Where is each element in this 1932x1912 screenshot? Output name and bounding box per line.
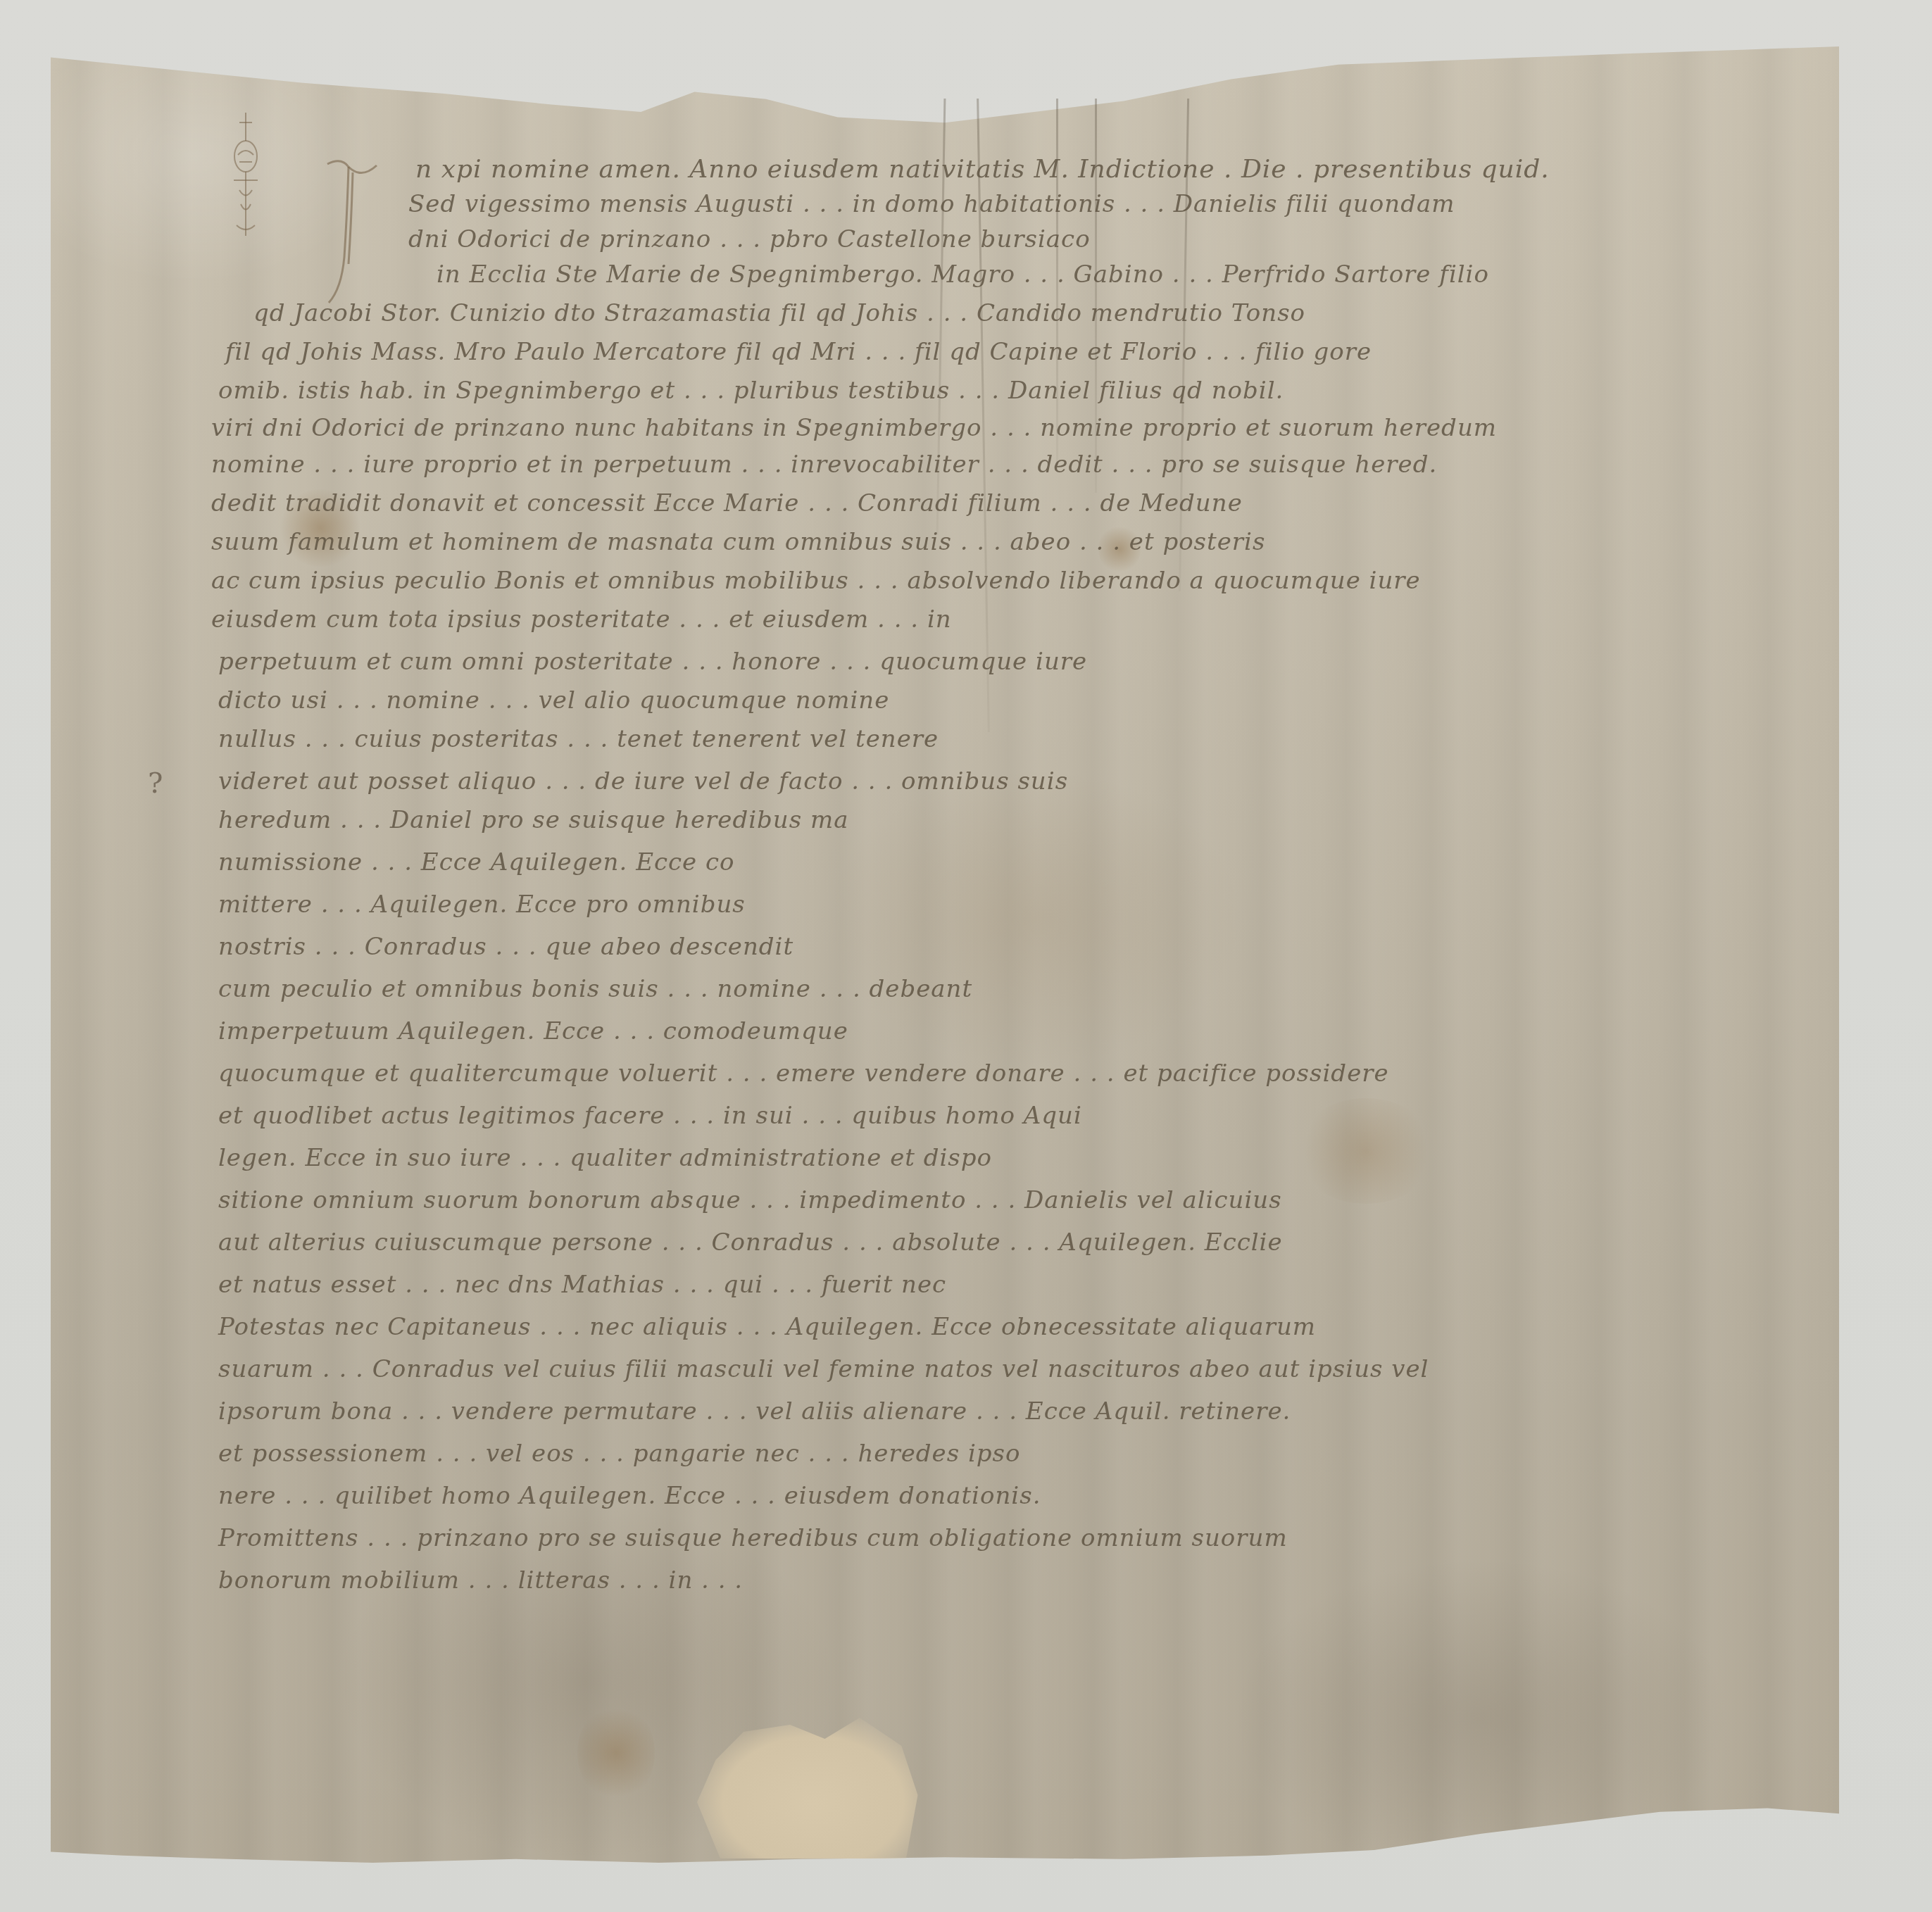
stain: [1296, 1098, 1436, 1204]
text-line: perpetuum et cum omni posteritate . . . …: [218, 648, 1087, 676]
text-line: heredum . . . Daniel pro se suisque here…: [218, 806, 848, 834]
text-line: nomine . . . iure proprio et in perpetuu…: [211, 451, 1437, 479]
text-line: et natus esset . . . nec dns Mathias . .…: [218, 1271, 946, 1299]
text-line: Potestas nec Capitaneus . . . nec aliqui…: [218, 1313, 1316, 1341]
text-line: legen. Ecce in suo iure . . . qualiter a…: [218, 1144, 992, 1172]
text-line: dicto usi . . . nomine . . . vel alio qu…: [218, 686, 889, 715]
text-line: nere . . . quilibet homo Aquilegen. Ecce…: [218, 1482, 1041, 1510]
text-line: mittere . . . Aquilegen. Ecce pro omnibu…: [218, 891, 746, 919]
stain: [577, 1704, 655, 1802]
text-line: n xpi nomine amen. Anno eiusdem nativita…: [415, 155, 1550, 184]
text-line: Sed vigessimo mensis Augusti . . . in do…: [408, 190, 1455, 218]
margin-mark: ?: [148, 767, 163, 800]
text-line: omib. istis hab. in Spegnimbergo et . . …: [218, 377, 1284, 405]
text-line: suarum . . . Conradus vel cuius filii ma…: [218, 1355, 1429, 1383]
notarial-signum-icon: [224, 113, 268, 239]
text-line: videret aut posset aliquo . . . de iure …: [218, 767, 1068, 795]
text-line: cum peculio et omnibus bonis suis . . . …: [218, 975, 972, 1003]
text-line: viri dni Odorici de prinzano nunc habita…: [211, 414, 1497, 442]
text-line: et quodlibet actus legitimos facere . . …: [218, 1102, 1082, 1130]
text-line: quocumque et qualitercumque voluerit . .…: [218, 1059, 1389, 1088]
text-line: aut alterius cuiuscumque persone . . . C…: [218, 1228, 1283, 1257]
decorated-initial-icon: [320, 158, 398, 306]
text-line: eiusdem cum tota ipsius posteritate . . …: [211, 605, 952, 634]
text-line: qd Jacobi Stor. Cunizio dto Strazamastia…: [253, 299, 1305, 327]
text-line: bonorum mobilium . . . litteras . . . in…: [218, 1566, 743, 1595]
text-line: imperpetuum Aquilegen. Ecce . . . comode…: [218, 1017, 848, 1045]
text-line: dedit tradidit donavit et concessit Ecce…: [211, 489, 1243, 517]
text-line: fil qd Johis Mass. Mro Paulo Mercatore f…: [225, 338, 1372, 366]
text-line: nullus . . . cuius posteritas . . . tene…: [218, 725, 939, 753]
text-line: sitione omnium suorum bonorum absque . .…: [218, 1186, 1282, 1214]
text-line: et possessionem . . . vel eos . . . pang…: [218, 1440, 1021, 1468]
text-line: numissione . . . Ecce Aquilegen. Ecce co: [218, 848, 734, 876]
text-line: nostris . . . Conradus . . . que abeo de…: [218, 933, 793, 961]
text-line: Promittens . . . prinzano pro se suisque…: [218, 1524, 1288, 1552]
text-line: dni Odorici de prinzano . . . pbro Caste…: [408, 225, 1091, 253]
text-line: in Ecclia Ste Marie de Spegnimbergo. Mag…: [437, 260, 1489, 289]
text-line: ac cum ipsius peculio Bonis et omnibus m…: [211, 567, 1421, 595]
text-line: suum famulum et hominem de masnata cum o…: [211, 528, 1265, 556]
text-line: ipsorum bona . . . vendere permutare . .…: [218, 1397, 1291, 1426]
